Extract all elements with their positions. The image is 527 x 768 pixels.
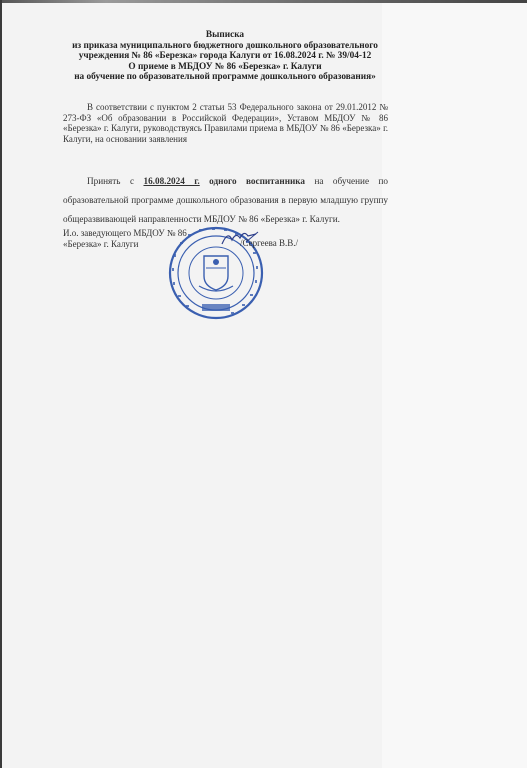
order-paragraph: Принять с 16.08.2024 г. одного воспитанн… [63, 172, 388, 229]
header-line-3: О приеме в МБДОУ № 86 «Березка» г. Калуг… [60, 62, 390, 73]
preamble-paragraph: В соответствии с пунктом 2 статьи 53 Фед… [63, 102, 388, 144]
document-title: Выписка [60, 30, 390, 41]
signer-name: /Сергеева В.В./ [240, 238, 298, 248]
order-prefix: Принять с [87, 176, 143, 186]
preamble-text: В соответствии с пунктом 2 статьи 53 Фед… [63, 102, 388, 144]
scan-background [382, 3, 527, 768]
order-spacer [200, 176, 209, 186]
header-line-4: на обучение по образовательной программе… [60, 72, 390, 83]
document-header: Выписка из приказа муниципального бюджет… [60, 30, 390, 83]
order-date: 16.08.2024 г. [143, 176, 199, 186]
header-line-2: учреждения № 86 «Березка» города Калуги … [60, 51, 390, 62]
order-subject: одного воспитанника [209, 176, 305, 186]
header-line-1: из приказа муниципального бюджетного дош… [60, 41, 390, 52]
